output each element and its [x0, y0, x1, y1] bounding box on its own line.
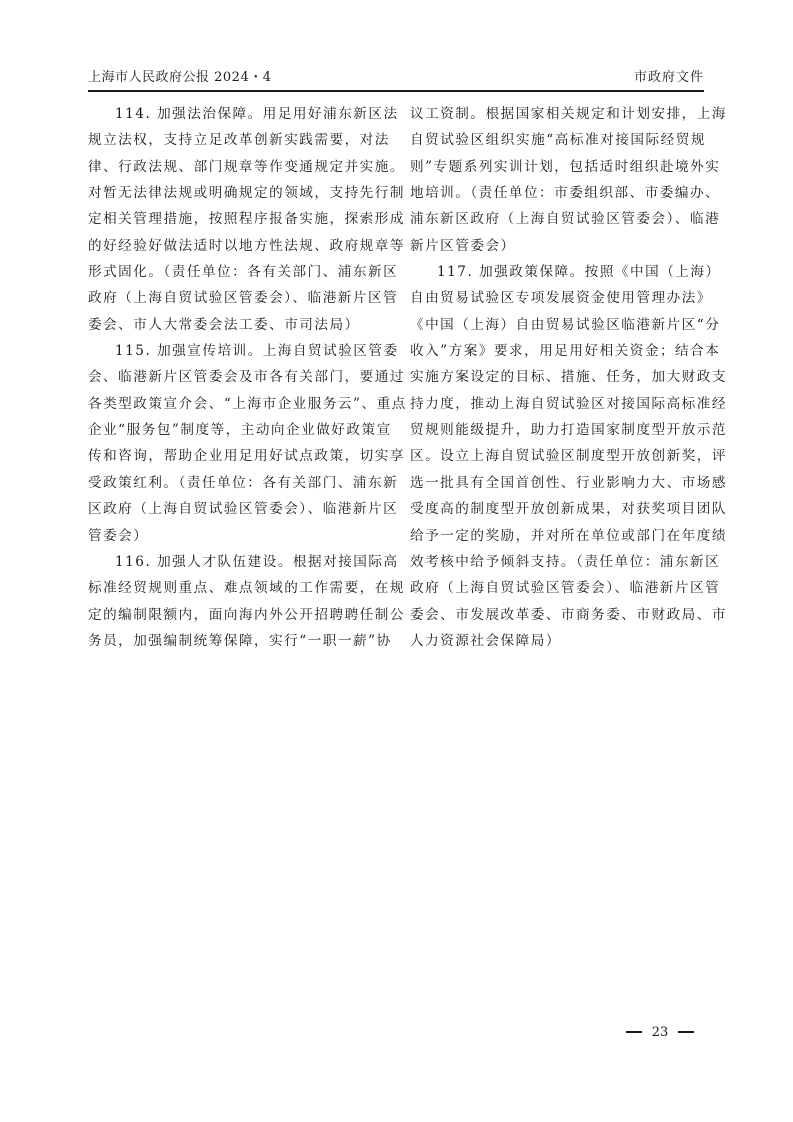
text-line: 委会、市人大常委会法工委、市司法局）: [88, 312, 384, 338]
text-line: 浦东新区政府（上海自贸试验区管委会）、临港: [410, 206, 706, 232]
text-line: 标准经贸规则重点、难点领域的工作需要，在规: [88, 575, 384, 601]
header-rule: [88, 90, 704, 92]
publication-title: 上海市人民政府公报 2024・4: [88, 66, 272, 85]
text-line: 持力度，推动上海自贸试验区对接国际高标准经: [410, 391, 706, 417]
text-line: 各类型政策宣介会、“上海市企业服务云”、重点: [88, 391, 384, 417]
text-line: 人力资源社会保障局）: [410, 628, 706, 654]
text-line: 116. 加强人才队伍建设。根据对接国际高: [88, 549, 384, 575]
text-line: 贸规则能级提升，助力打造国家制度型开放示范: [410, 417, 706, 443]
text-line: 受度高的制度型开放创新成果，对获奖项目团队: [410, 496, 706, 522]
text-line: 委会、市发展改革委、市商务委、市财政局、市: [410, 602, 706, 628]
text-line: 效考核中给予倾斜支持。（责任单位：浦东新区: [410, 549, 706, 575]
left-column: 114. 加强法治保障。用足用好浦东新区法规立法权，支持立足改革创新实践需要，对…: [88, 101, 384, 654]
text-line: 受政策红利。（责任单位：各有关部门、浦东新: [88, 470, 384, 496]
page-footer: 23: [620, 1022, 700, 1042]
text-line: 政府（上海自贸试验区管委会）、临港新片区管: [88, 285, 384, 311]
text-line: 务员，加强编制统筹保障，实行“一职一薪”协: [88, 628, 384, 654]
right-column: 议工资制。根据国家相关规定和计划安排，上海自贸试验区组织实施“高标准对接国际经贸…: [410, 101, 706, 654]
text-line: 117. 加强政策保障。按照《中国（上海）: [410, 259, 706, 285]
text-line: 114. 加强法治保障。用足用好浦东新区法: [88, 101, 384, 127]
left-column-text: 114. 加强法治保障。用足用好浦东新区法规立法权，支持立足改革创新实践需要，对…: [88, 101, 384, 654]
text-line: 区政府（上海自贸试验区管委会）、临港新片区: [88, 496, 384, 522]
text-line: 实施方案设定的目标、措施、任务，加大财政支: [410, 364, 706, 390]
text-line: 区。设立上海自贸试验区制度型开放创新奖，评: [410, 443, 706, 469]
text-line: 定的编制限额内，面向海内外公开招聘聘任制公: [88, 602, 384, 628]
text-line: 115. 加强宣传培训。上海自贸试验区管委: [88, 338, 384, 364]
text-line: 《中国（上海）自由贸易试验区临港新片区“分: [410, 312, 706, 338]
page-header: 上海市人民政府公报 2024・4 市政府文件: [88, 66, 704, 86]
text-line: 管委会）: [88, 523, 384, 549]
text-line: 议工资制。根据国家相关规定和计划安排，上海: [410, 101, 706, 127]
text-line: 的好经验好做法适时以地方性法规、政府规章等: [88, 233, 384, 259]
text-line: 新片区管委会）: [410, 233, 706, 259]
text-line: 对暂无法律法规或明确规定的领域，支持先行制: [88, 180, 384, 206]
right-column-text: 议工资制。根据国家相关规定和计划安排，上海自贸试验区组织实施“高标准对接国际经贸…: [410, 101, 706, 654]
footer-dash-left: [626, 1031, 642, 1033]
page-number: 23: [652, 1025, 669, 1040]
text-line: 自贸试验区组织实施“高标准对接国际经贸规: [410, 127, 706, 153]
section-title: 市政府文件: [634, 66, 704, 85]
text-line: 政府（上海自贸试验区管委会）、临港新片区管: [410, 575, 706, 601]
text-line: 律、行政法规、部门规章等作变通规定并实施。: [88, 154, 384, 180]
text-line: 企业“服务包”制度等，主动向企业做好政策宣: [88, 417, 384, 443]
text-line: 给予一定的奖励，并对所在单位或部门在年度绩: [410, 523, 706, 549]
text-line: 则”专题系列实训计划，包括适时组织赴境外实: [410, 154, 706, 180]
text-line: 收入”方案》要求，用足用好相关资金；结合本: [410, 338, 706, 364]
text-line: 传和咨询，帮助企业用足用好试点政策，切实享: [88, 443, 384, 469]
text-line: 自由贸易试验区专项发展资金使用管理办法》: [410, 285, 706, 311]
text-line: 会、临港新片区管委会及市各有关部门，要通过: [88, 364, 384, 390]
text-line: 规立法权，支持立足改革创新实践需要，对法: [88, 127, 384, 153]
text-line: 选一批具有全国首创性、行业影响力大、市场感: [410, 470, 706, 496]
text-line: 形式固化。（责任单位：各有关部门、浦东新区: [88, 259, 384, 285]
footer-dash-right: [678, 1031, 694, 1033]
text-line: 地培训。（责任单位：市委组织部、市委编办、: [410, 180, 706, 206]
text-line: 定相关管理措施，按照程序报备实施，探索形成: [88, 206, 384, 232]
